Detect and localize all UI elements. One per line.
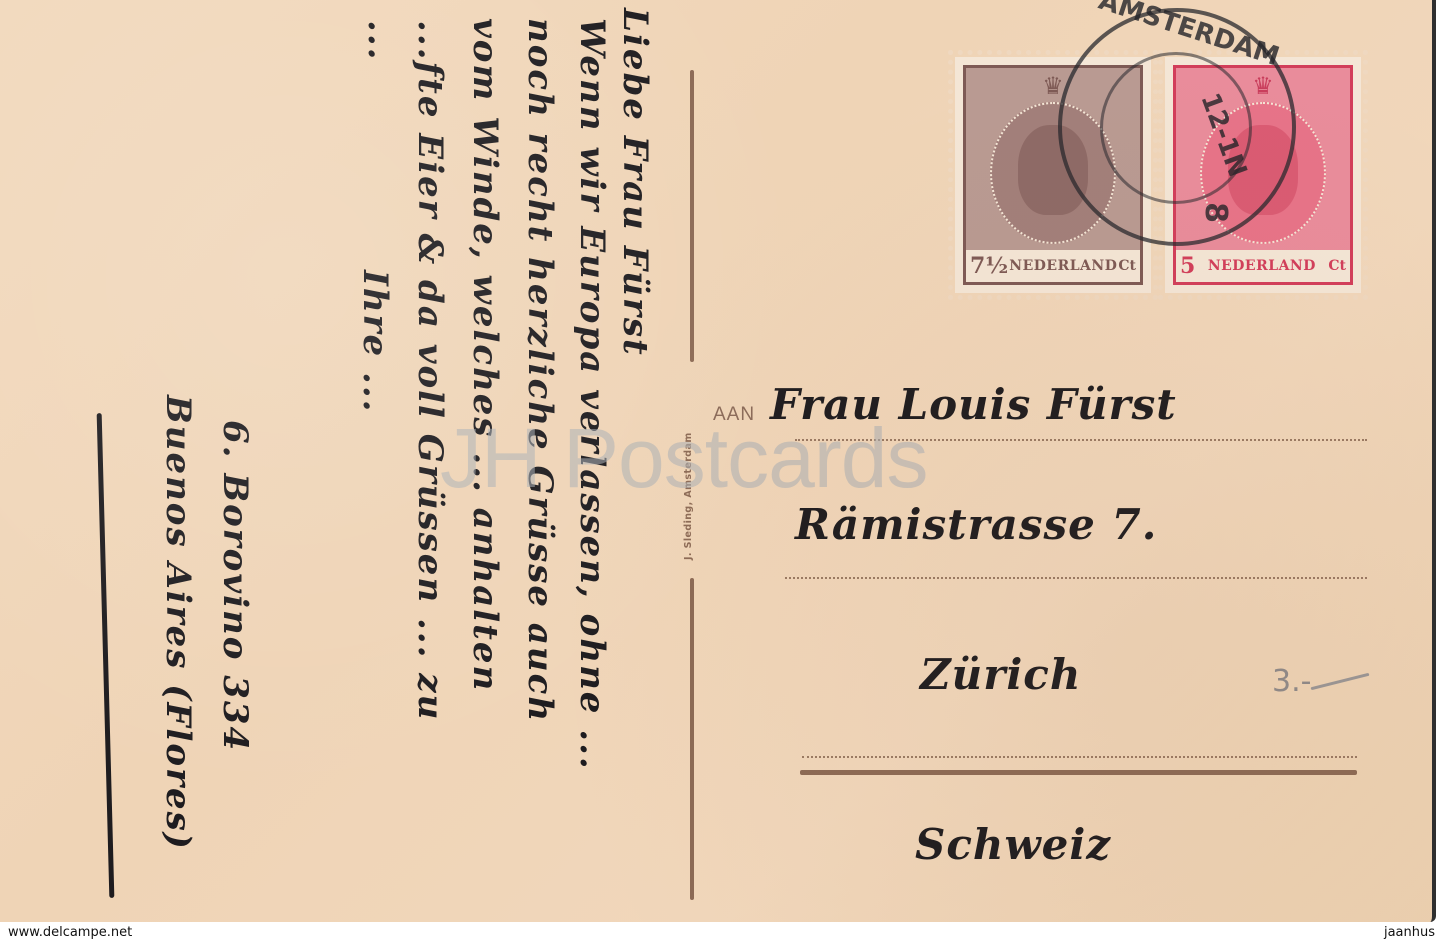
address-dotted-line	[785, 577, 1367, 579]
pencil-stroke	[1311, 673, 1370, 690]
recipient-line1: Frau Louis Fürst	[770, 380, 1177, 429]
message-line: ...fte Eier & da voll Grüssen ... zu	[410, 20, 450, 721]
message-line: vom Winde, welches ... anhalten	[465, 18, 505, 692]
sender-address-line2: Buenos Aires (Flores)	[158, 395, 198, 851]
stamp-unit: Ct	[1118, 258, 1136, 274]
uploader-credit: jaanhus	[1384, 925, 1435, 940]
message-line: Liebe Frau Fürst	[615, 8, 655, 357]
divider-line	[690, 578, 694, 900]
divider-line	[690, 70, 694, 362]
postcard: Liebe Frau Fürst Wenn wir Europa verlass…	[0, 0, 1436, 922]
sender-address-line1: 6. Borovino 334	[215, 420, 255, 752]
source-credit-link[interactable]: www.delcampe.net	[8, 925, 132, 940]
stamp-value: 7½	[970, 253, 1008, 279]
recipient-line4: Schweiz	[915, 820, 1111, 869]
printer-credit: J. Sleding, Amsterdam	[683, 432, 694, 560]
recipient-line2: Rämistrasse 7.	[795, 500, 1157, 549]
signature: Ihre ...	[355, 270, 395, 414]
address-solid-line	[800, 770, 1357, 775]
handwritten-rule	[97, 413, 115, 898]
recipient-line3: Zürich	[920, 650, 1081, 699]
stamp-value: 5	[1180, 253, 1195, 279]
stamp-country: NEDERLAND	[1009, 258, 1117, 274]
stamp-unit: Ct	[1328, 258, 1346, 274]
stamp-country: NEDERLAND	[1208, 258, 1316, 274]
crown-icon: ♛	[1042, 74, 1064, 98]
message-line: noch recht herzliche Grüsse auch	[520, 18, 560, 723]
message-line: ...	[360, 20, 400, 62]
address-label: AAN	[713, 404, 755, 426]
pencil-note: 3.-	[1272, 664, 1311, 699]
postmark-year: 8	[1198, 202, 1233, 223]
address-dotted-line	[795, 439, 1367, 441]
message-line: Wenn wir Europa verlassen, ohne ...	[572, 18, 612, 771]
address-dotted-line	[802, 756, 1357, 758]
